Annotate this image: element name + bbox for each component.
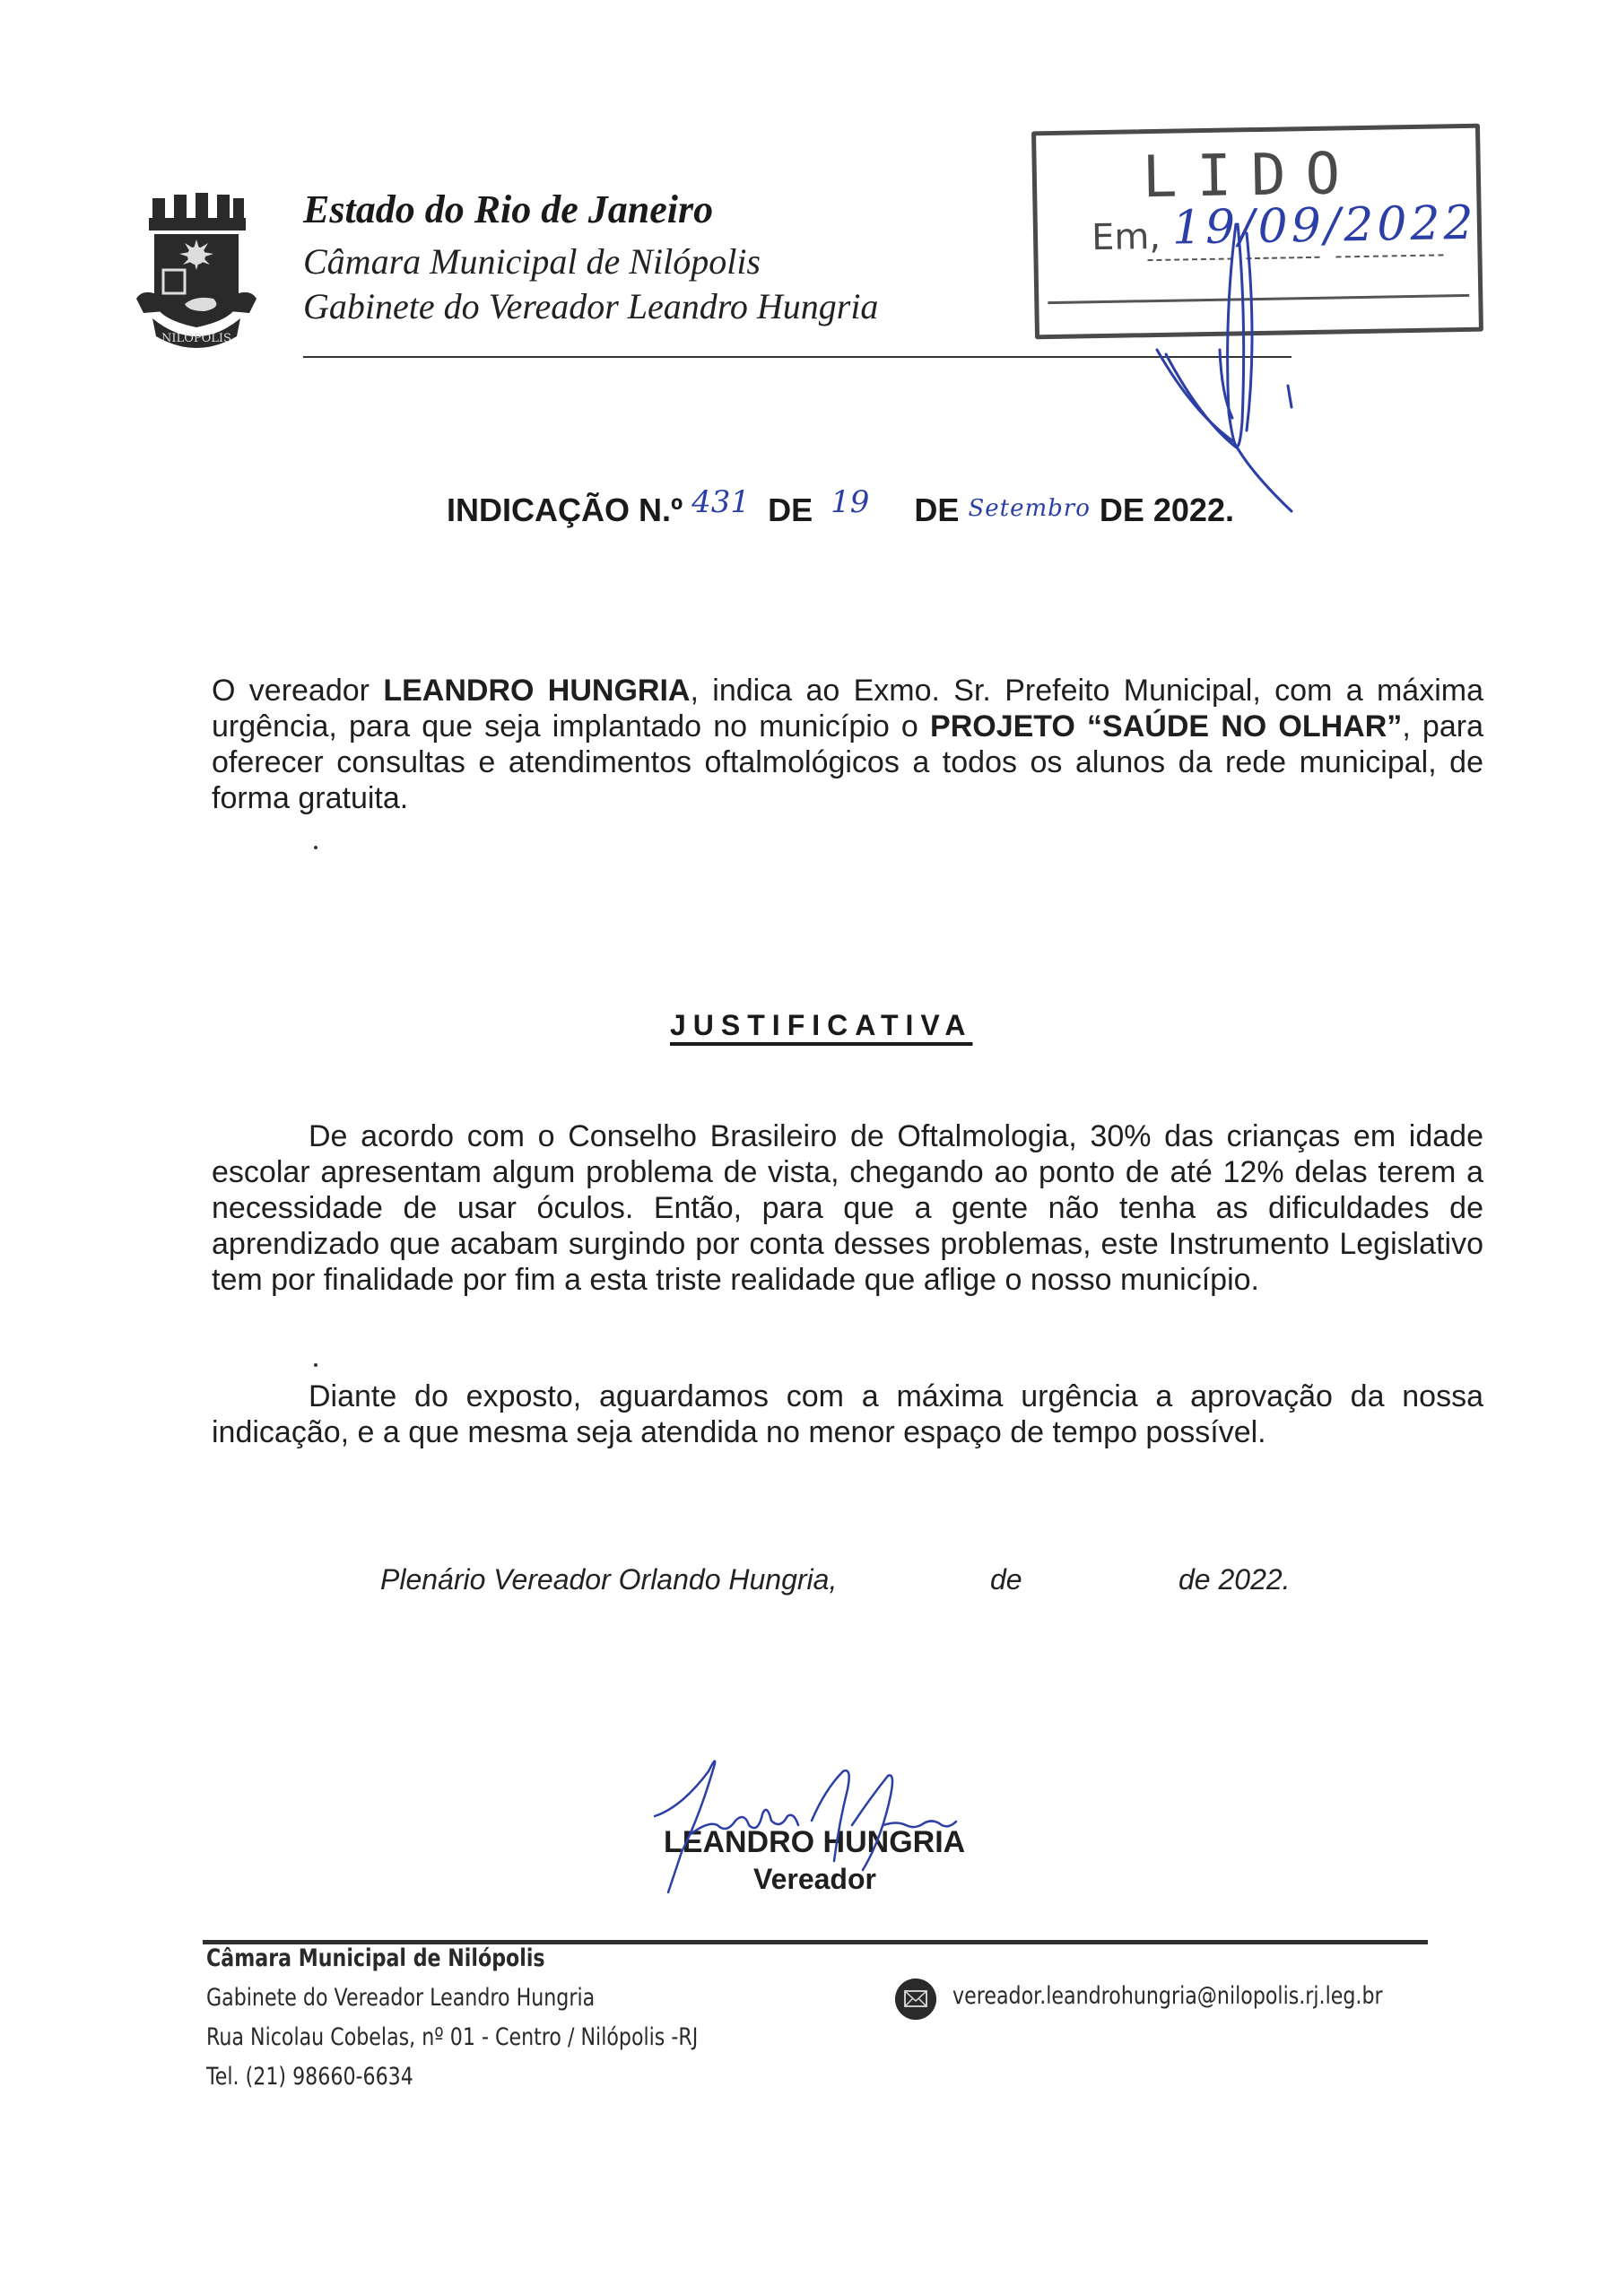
indicacao-number: 431 [691, 484, 750, 520]
stamp-month-line [1247, 257, 1320, 261]
intro-paragraph: O vereador LEANDRO HUNGRIA, indica ao Ex… [212, 673, 1483, 816]
footer-phone: Tel. (21) 98660-6634 [206, 2063, 413, 2091]
justificativa-paragraph-1: De acordo com o Conselho Brasileiro de O… [212, 1118, 1483, 1298]
project-name-bold: PROJETO “SAÚDE NO OLHAR” [930, 709, 1402, 744]
indicacao-suffix: DE 2022. [1100, 491, 1234, 528]
indicacao-heading: INDICAÇÃO N.º 431 DE 19 DE Setembro DE 2… [447, 491, 1234, 529]
header-office-name: Gabinete do Vereador Leandro Hungria [303, 285, 878, 327]
intro-text-1: O vereador [212, 674, 383, 708]
closing-place: Plenário Vereador Orlando Hungria, [380, 1563, 837, 1596]
stamp-em-label: Em, [1092, 216, 1161, 258]
footer-org: Câmara Municipal de Nilópolis [206, 1944, 545, 1972]
svg-text:NILÓPOLIS: NILÓPOLIS [161, 330, 231, 345]
header-chamber-name: Câmara Municipal de Nilópolis [303, 240, 761, 283]
closing-de: de [990, 1563, 1022, 1596]
indicacao-month: Setembro [968, 495, 1090, 522]
envelope-icon [895, 1979, 936, 2020]
signatory-role: Vereador [753, 1863, 876, 1896]
stamp-day-line [1148, 257, 1233, 263]
footer-address: Rua Nicolau Cobelas, nº 01 - Centro / Ni… [206, 2023, 698, 2051]
stamp-handwritten-date: 19/09/2022 [1171, 196, 1477, 256]
stray-dot [314, 1363, 317, 1367]
stamp-year-line [1335, 254, 1443, 259]
councilor-name-bold: LEANDRO HUNGRIA [383, 674, 690, 708]
indicacao-day: 19 [831, 484, 869, 520]
lido-stamp: LIDO Em, 19/09/2022 [1031, 124, 1483, 340]
coat-of-arms-icon: NILÓPOLIS [133, 193, 258, 354]
indicacao-de-2: DE [914, 491, 959, 528]
justificativa-title: JUSTIFICATIVA [670, 1009, 972, 1042]
stray-dot [314, 846, 317, 849]
justificativa-paragraph-2: Diante do exposto, aguardamos com a máxi… [212, 1378, 1483, 1450]
indicacao-de-1: DE [768, 491, 813, 528]
header-divider [303, 356, 1292, 358]
indicacao-prefix: INDICAÇÃO N.º [447, 491, 683, 528]
signatory-name: LEANDRO HUNGRIA [664, 1825, 965, 1860]
stamp-inner-rule [1048, 294, 1469, 304]
footer-office: Gabinete do Vereador Leandro Hungria [206, 1984, 595, 2012]
footer-email-link[interactable]: vereador.leandrohungria@nilopolis.rj.leg… [952, 1982, 1383, 2010]
closing-year: de 2022. [1178, 1563, 1291, 1596]
header-state-title: Estado do Rio de Janeiro [303, 187, 713, 232]
